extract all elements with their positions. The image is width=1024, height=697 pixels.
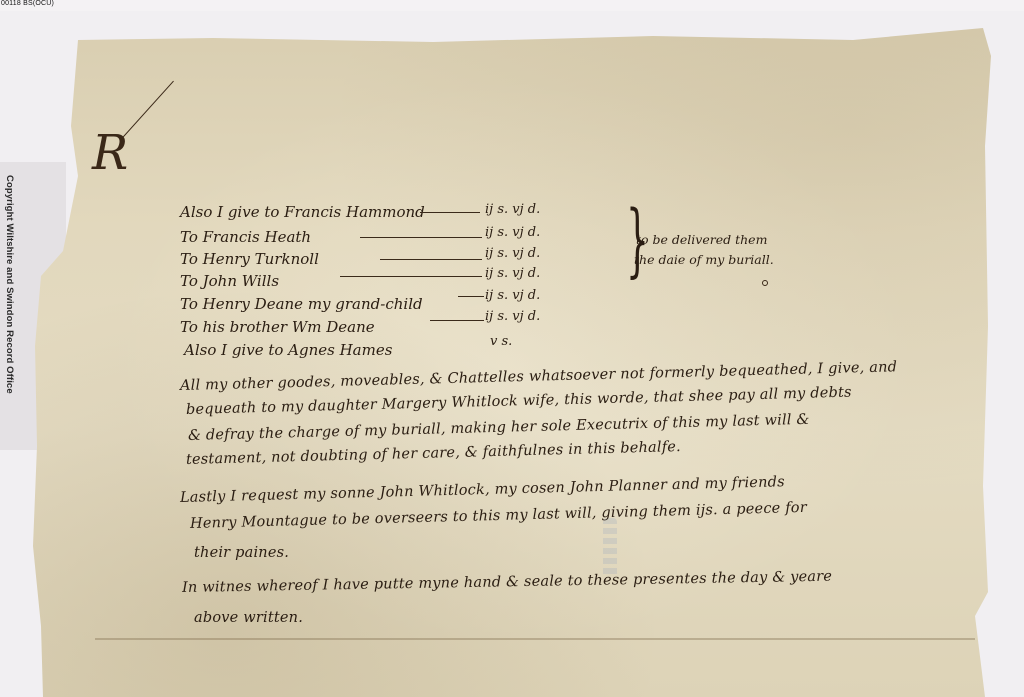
bequest-amount: v s. [490,334,512,349]
faded-archive-stamp [603,518,617,578]
bequest-line: To his brother Wm Deane [180,318,375,336]
leader-line [420,212,480,213]
paragraph-line: above written. [194,610,303,626]
bequest-amount: ij s. vj d. [485,246,540,261]
bequest-amount: ij s. vj d. [485,288,540,303]
leader-line [458,296,484,297]
bequest-line: To Henry Deane my grand-child [180,295,423,313]
bequest-line: Also I give to Agnes Hames [184,341,392,359]
leader-line [430,320,484,321]
bequest-line: Also I give to Francis Hammond [180,203,425,221]
bracket-note-line: to be delivered them [636,232,767,247]
bequest-line: To Henry Turknoll [180,250,319,268]
ink-dot [762,280,768,286]
leader-line [340,276,482,277]
bequest-amount: ij s. vj d. [485,225,540,240]
margin-mark: R [92,125,128,181]
leader-line [360,237,482,238]
bracket-note-line: the daie of my buriall. [634,252,774,267]
paper-fold-line [95,638,975,640]
bequest-amount: ij s. vj d. [485,202,540,217]
bequest-line: To John Wills [180,272,279,290]
bequest-amount: ij s. vj d. [485,266,540,281]
scan-reference-label: 00118 BS(OCU) [1,0,54,7]
copyright-notice: Copyright Wiltshire and Swindon Record O… [4,175,15,394]
leader-line [380,259,482,260]
bequest-line: To Francis Heath [180,228,311,246]
paragraph-line: their paines. [194,545,289,561]
bequest-amount: ij s. vj d. [485,309,540,324]
